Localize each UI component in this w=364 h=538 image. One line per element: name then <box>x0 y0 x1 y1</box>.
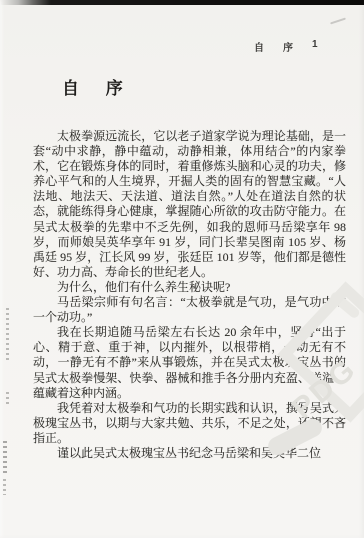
scan-edge-bar <box>0 0 364 5</box>
running-head-char: 自 <box>254 39 264 54</box>
paragraph: 我在长期追随马岳梁左右长达 20 余年中，坚持“出于心、精于意、重于神，以内摧外… <box>33 325 346 400</box>
paragraph: 为什么，他们有什么养生秘诀呢? <box>33 280 346 295</box>
book-page: 自 序 1 自 序 太极拳源远流长，它以老子道家学说为理论基础，是一套“动中求静… <box>0 0 364 538</box>
paragraph: 谨以此吴式太极瑰宝丛书纪念马岳梁和吴英华二位 <box>33 446 346 461</box>
paragraph: 太极拳源远流长，它以老子道家学说为理论基础，是一套“动中求静，静中蕴动，动静相兼… <box>33 129 346 280</box>
margin-noise <box>3 441 7 475</box>
running-head-char: 序 <box>283 39 293 54</box>
paragraph: 我凭着对太极拳和气功的长期实践和认识，撰写吴式太极瑰宝丛书，以期与大家共勉、共乐… <box>33 401 346 446</box>
running-head: 自 序 1 <box>254 39 318 54</box>
page-number: 1 <box>312 39 318 54</box>
scan-artifact-corner <box>330 18 346 25</box>
paragraph: 马岳梁宗师有句名言：“太极拳就是气功，是气功中的一个动功。” <box>33 295 346 325</box>
page-title: 自 序 <box>62 74 123 99</box>
margin-noise <box>6 392 9 406</box>
margin-noise <box>3 479 6 495</box>
margin-noise <box>6 308 9 360</box>
preface-body: 太极拳源远流长，它以老子道家学说为理论基础，是一套“动中求静，静中蕴动，动静相兼… <box>33 129 346 461</box>
title-char: 序 <box>106 79 123 98</box>
title-char: 自 <box>62 79 79 98</box>
